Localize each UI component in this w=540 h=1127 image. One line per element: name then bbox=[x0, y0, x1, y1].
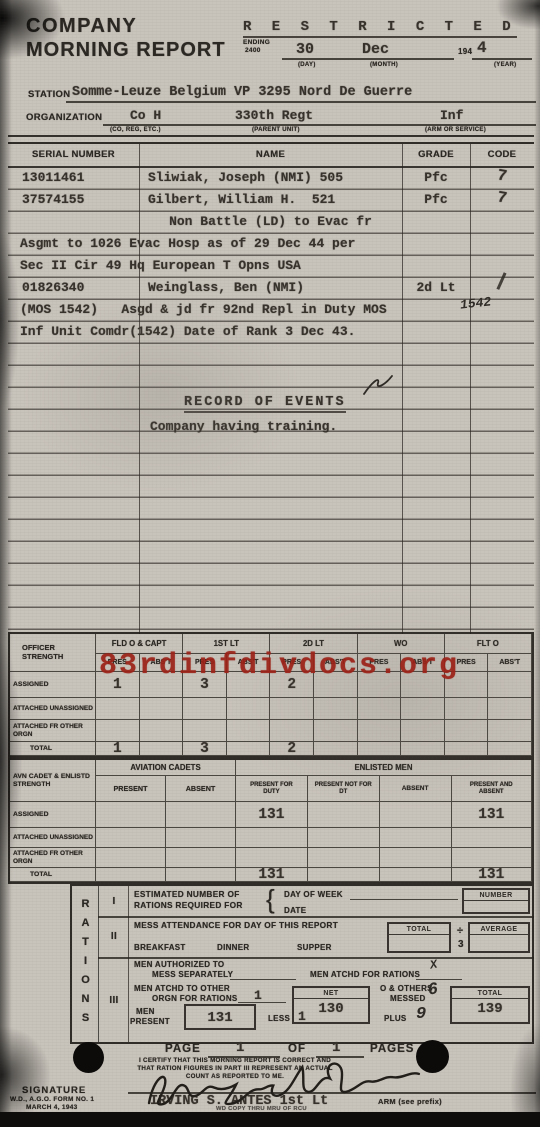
roster-row-name: Sliwiak, Joseph (NMI) 505 bbox=[148, 171, 343, 184]
archive-watermark: 83rdinfdivdocs.org bbox=[99, 649, 459, 683]
officer-row-label: TOTAL bbox=[10, 742, 96, 756]
enlisted-cell: 131 bbox=[452, 868, 532, 882]
enlisted-col-header: PRESENT NOT FOR DT bbox=[308, 776, 380, 802]
enlisted-strength-table: AVN CADET & ENLISTD STRENGTH AVIATION CA… bbox=[8, 758, 534, 884]
officer-cell bbox=[314, 698, 358, 720]
report-month: Dec bbox=[362, 42, 389, 57]
punch-hole-right bbox=[416, 1040, 449, 1073]
estimated-rations-line1: ESTIMATED NUMBER OF bbox=[134, 890, 240, 898]
double-rule-a bbox=[8, 135, 534, 137]
enlisted-col-header: ABSENT bbox=[380, 776, 452, 802]
month-caption: (MONTH) bbox=[370, 62, 398, 68]
page-label: PAGE bbox=[165, 1044, 201, 1056]
rations-vertical-label-column: RATIONS bbox=[72, 886, 99, 1042]
scan-bottom-edge bbox=[0, 1112, 540, 1127]
enlisted-col-header: ABSENT bbox=[166, 776, 236, 802]
o-and-others-value: 6 bbox=[427, 980, 440, 1000]
plus-value: 9 bbox=[416, 1005, 426, 1024]
roster-table: SERIAL NUMBER NAME GRADE CODE 13011461 S… bbox=[8, 142, 534, 634]
enlisted-cell bbox=[166, 802, 236, 828]
officer-cell bbox=[96, 720, 140, 742]
abst-header: ABS'T bbox=[488, 654, 532, 672]
roster-col-divider-3 bbox=[470, 144, 471, 634]
enlisted-strength-row-header: AVN CADET & ENLISTD STRENGTH bbox=[10, 760, 96, 802]
dinner-label: DINNER bbox=[217, 944, 249, 952]
enlisted-cell bbox=[96, 848, 166, 868]
roster-row-grade: Pfc bbox=[406, 193, 466, 206]
enlisted-cell bbox=[308, 802, 380, 828]
roster-row-grade: Pfc bbox=[406, 171, 466, 184]
enlisted-cell bbox=[380, 802, 452, 828]
officer-cell bbox=[358, 720, 402, 742]
officer-cell bbox=[488, 720, 532, 742]
officer-cell bbox=[488, 698, 532, 720]
less-label: LESS bbox=[268, 1015, 290, 1023]
year-prefix: 194 bbox=[458, 48, 472, 56]
enlisted-row-label: TOTAL bbox=[10, 868, 96, 882]
col-header-grade: GRADE bbox=[402, 150, 470, 160]
less-value: 1 bbox=[298, 1010, 306, 1023]
enlisted-cell bbox=[380, 868, 452, 882]
station-rule bbox=[66, 101, 536, 103]
report-day: 30 bbox=[296, 42, 314, 57]
org-unit-caption: (CO, REG, ETC.) bbox=[110, 127, 161, 133]
date-label: DATE bbox=[284, 907, 306, 915]
enlisted-row-label: ASSIGNED bbox=[10, 802, 96, 828]
officer-cell: 1 bbox=[96, 742, 140, 756]
men-atchd-other-line1: MEN ATCHD TO OTHER bbox=[134, 985, 230, 993]
enlisted-cell bbox=[236, 828, 308, 848]
rations-section-divider-2 bbox=[98, 957, 534, 959]
ending-label: ENDING bbox=[243, 40, 270, 47]
col-header-code: CODE bbox=[470, 150, 534, 160]
supper-label: SUPPER bbox=[297, 944, 332, 952]
roster-entry-line: Non Battle (LD) to Evac fr bbox=[139, 215, 402, 228]
record-of-events-entry: Company having training. bbox=[150, 420, 337, 433]
officer-cell: 2 bbox=[270, 742, 314, 756]
officer-strength-row-header: OFFICER STRENGTH bbox=[10, 634, 96, 672]
enlisted-row-label: ATTACHED UNASSIGNED bbox=[10, 828, 96, 848]
col-header-name: NAME bbox=[139, 150, 402, 160]
handwritten-flourish bbox=[360, 374, 400, 396]
officer-cell bbox=[140, 720, 184, 742]
officer-total-fldo-pres: 1 bbox=[113, 741, 122, 757]
roster-entry-line: Asgmt to 1026 Evac Hosp as of 29 Dec 44 … bbox=[20, 237, 355, 250]
number-box-label: NUMBER bbox=[464, 890, 528, 901]
station-value: Somme-Leuze Belgium VP 3295 Nord De Guer… bbox=[72, 86, 412, 100]
officer-cell bbox=[401, 698, 445, 720]
officer-row-label: ATTACHED FR OTHER ORGN bbox=[10, 720, 96, 742]
rations-vertical-label: RATIONS bbox=[80, 898, 91, 1031]
roster-officer-serial: 01826340 bbox=[22, 281, 84, 294]
men-present-line2: PRESENT bbox=[130, 1018, 170, 1026]
page-number: 1 bbox=[236, 1041, 244, 1055]
officer-cell bbox=[140, 742, 184, 756]
enlisted-cell bbox=[96, 828, 166, 848]
officer-cell bbox=[314, 720, 358, 742]
officer-cell bbox=[140, 698, 184, 720]
divide-sign: ÷ bbox=[457, 926, 463, 937]
form-title-line1: COMPANY bbox=[26, 16, 137, 36]
mess-total-label: TOTAL bbox=[389, 924, 449, 935]
roster-row-serial: 13011461 bbox=[22, 171, 84, 184]
form-number: W.D., A.G.O. FORM NO. 1 bbox=[10, 1097, 94, 1104]
organization-unit: Co H bbox=[130, 109, 161, 122]
col-header-serial: SERIAL NUMBER bbox=[8, 150, 139, 160]
plus-label: PLUS bbox=[384, 1015, 407, 1023]
officer-cell bbox=[270, 720, 314, 742]
enlisted-total-present-and-absent: 131 bbox=[478, 867, 504, 883]
enlisted-men-group-header: ENLISTED MEN bbox=[236, 760, 532, 776]
men-present-value: 131 bbox=[186, 1006, 254, 1026]
org-arm-caption: (ARM OR SERVICE) bbox=[425, 127, 486, 133]
rations-total-value: 139 bbox=[452, 999, 528, 1017]
enlisted-cell bbox=[96, 802, 166, 828]
officer-cell bbox=[445, 742, 489, 756]
roster-officer-grade: 2d Lt bbox=[402, 281, 470, 294]
divide-by-three: 3 bbox=[458, 940, 464, 950]
record-of-events-title: RECORD OF EVENTS bbox=[184, 396, 346, 413]
enlisted-col-header: PRESENT bbox=[96, 776, 166, 802]
men-present-box: 131 bbox=[184, 1004, 256, 1030]
enlisted-assigned-present-for-duty: 131 bbox=[258, 807, 284, 823]
roster-entry-line: Sec II Cir 49 Hq European T Opns USA bbox=[20, 259, 301, 272]
brace-glyph: { bbox=[266, 886, 275, 912]
mess-separately-blank bbox=[230, 979, 296, 980]
enlisted-cell bbox=[380, 848, 452, 868]
number-box: NUMBER bbox=[462, 888, 530, 914]
men-atchd-other-line2: ORGN FOR RATIONS bbox=[152, 995, 238, 1003]
roster-row-name: Gilbert, William H. 521 bbox=[148, 193, 335, 206]
enlisted-col-header: PRESENT FOR DUTY bbox=[236, 776, 308, 802]
officer-cell bbox=[227, 720, 271, 742]
enlisted-cell bbox=[452, 848, 532, 868]
men-atchd-for-rations-label: MEN ATCHD FOR RATIONS bbox=[310, 971, 420, 979]
rations-total-box: TOTAL 139 bbox=[450, 986, 530, 1024]
officer-cell bbox=[488, 742, 532, 756]
men-atchd-for-rations-value: X bbox=[429, 957, 439, 972]
rations-section: RATIONS I II III ESTIMATED NUMBER OF RAT… bbox=[70, 884, 534, 1044]
men-atchd-for-rations-blank bbox=[416, 979, 462, 980]
officer-cell bbox=[227, 698, 271, 720]
officer-cell bbox=[96, 698, 140, 720]
net-box-label: NET bbox=[294, 988, 368, 999]
enlisted-cell: 131 bbox=[236, 868, 308, 882]
rations-section-divider-1 bbox=[98, 916, 534, 918]
organization-rule bbox=[103, 124, 536, 126]
o-and-others-line2: MESSED bbox=[390, 995, 426, 1003]
officer-cell bbox=[488, 672, 532, 698]
restricted-stamp: R E S T R I C T E D bbox=[243, 20, 517, 38]
enlisted-cell bbox=[236, 848, 308, 868]
enlisted-cell: 131 bbox=[236, 802, 308, 828]
men-authorized-line1: MEN AUTHORIZED TO bbox=[134, 961, 224, 969]
enlisted-row-label: ATTACHED FR OTHER ORGN bbox=[10, 848, 96, 868]
mess-total-box: TOTAL bbox=[387, 922, 451, 953]
officer-cell bbox=[227, 742, 271, 756]
enlisted-cell bbox=[380, 828, 452, 848]
men-atchd-other-value: 1 bbox=[254, 989, 262, 1002]
men-present-line1: MEN bbox=[136, 1008, 155, 1016]
mess-average-box: AVERAGE bbox=[468, 922, 530, 953]
enlisted-cell: 131 bbox=[452, 802, 532, 828]
signature-label: SIGNATURE bbox=[22, 1086, 86, 1096]
ending-time: 2400 bbox=[245, 48, 261, 55]
estimated-rations-line2: RATIONS REQUIRED FOR bbox=[134, 901, 243, 909]
punch-hole-left bbox=[73, 1042, 104, 1073]
officer-cell bbox=[183, 720, 227, 742]
rations-numeral-2: II bbox=[100, 932, 128, 942]
officer-cell: 3 bbox=[183, 742, 227, 756]
men-authorized-line2: MESS SEPARATELY bbox=[152, 971, 233, 979]
day-of-week-blank bbox=[350, 899, 458, 900]
enlisted-cell bbox=[308, 848, 380, 868]
enlisted-cell bbox=[452, 828, 532, 848]
officer-row-label: ATTACHED UNASSIGNED bbox=[10, 698, 96, 720]
organization-arm: Inf bbox=[440, 109, 463, 122]
officer-cell bbox=[445, 698, 489, 720]
officer-cell bbox=[183, 698, 227, 720]
officer-row-label: ASSIGNED bbox=[10, 672, 96, 698]
rations-numeral-3: III bbox=[100, 996, 128, 1006]
enlisted-total-present-for-duty: 131 bbox=[258, 867, 284, 883]
roster-officer-line: Inf Unit Comdr(1542) Date of Rank 3 Dec … bbox=[20, 325, 355, 338]
men-atchd-other-blank bbox=[238, 1002, 286, 1003]
officer-cell bbox=[445, 720, 489, 742]
organization-label: ORGANIZATION bbox=[26, 113, 102, 123]
date-rule bbox=[282, 58, 454, 60]
mess-average-label: AVERAGE bbox=[470, 924, 528, 935]
enlisted-cell bbox=[96, 868, 166, 882]
officer-cell bbox=[358, 742, 402, 756]
o-and-others-line1: O & OTHERS bbox=[380, 985, 433, 993]
of-label: OF bbox=[288, 1044, 306, 1056]
roster-header-rule bbox=[8, 166, 534, 168]
station-label: STATION bbox=[28, 90, 70, 100]
officer-cell bbox=[314, 742, 358, 756]
enlisted-cell bbox=[308, 868, 380, 882]
aviation-cadets-group-header: AVIATION CADETS bbox=[96, 760, 236, 776]
day-of-week-label: DAY OF WEEK bbox=[284, 891, 343, 899]
roster-col-divider-2 bbox=[402, 144, 403, 634]
enlisted-assigned-present-and-absent: 131 bbox=[478, 807, 504, 823]
enlisted-cell bbox=[166, 828, 236, 848]
year-rule bbox=[472, 58, 532, 60]
officer-total-1stlt-pres: 3 bbox=[200, 741, 209, 757]
officer-cell bbox=[401, 720, 445, 742]
day-caption: (DAY) bbox=[298, 62, 316, 68]
rations-total-label: TOTAL bbox=[452, 988, 528, 999]
officer-cell bbox=[270, 698, 314, 720]
officer-total-2dlt-pres: 2 bbox=[287, 741, 296, 757]
breakfast-label: BREAKFAST bbox=[134, 944, 186, 952]
officer-cell bbox=[358, 698, 402, 720]
organization-parent: 330th Regt bbox=[235, 109, 313, 122]
enlisted-cell bbox=[166, 868, 236, 882]
enlisted-col-header: PRESENT AND ABSENT bbox=[452, 776, 532, 802]
officer-cell bbox=[401, 742, 445, 756]
roster-officer-line: (MOS 1542) Asgd & jd fr 92nd Repl in Dut… bbox=[20, 303, 387, 316]
rations-numeral-1: I bbox=[100, 897, 128, 907]
year-caption: (YEAR) bbox=[494, 62, 516, 68]
roster-row-serial: 37574155 bbox=[22, 193, 84, 206]
enlisted-cell bbox=[166, 848, 236, 868]
enlisted-cell bbox=[308, 828, 380, 848]
roster-officer-name: Weinglass, Ben (NMI) bbox=[148, 281, 304, 294]
mess-attendance-title: MESS ATTENDANCE FOR DAY OF THIS REPORT bbox=[134, 921, 338, 929]
morning-report-scan: COMPANY MORNING REPORT R E S T R I C T E… bbox=[0, 0, 540, 1127]
org-parent-caption: (PARENT UNIT) bbox=[252, 127, 300, 133]
typed-name-suffix: ARM (see prefix) bbox=[378, 1098, 442, 1106]
form-date: MARCH 4, 1943 bbox=[26, 1105, 78, 1112]
report-year-digit: 4 bbox=[477, 40, 487, 56]
form-title-line2: MORNING REPORT bbox=[26, 40, 226, 60]
